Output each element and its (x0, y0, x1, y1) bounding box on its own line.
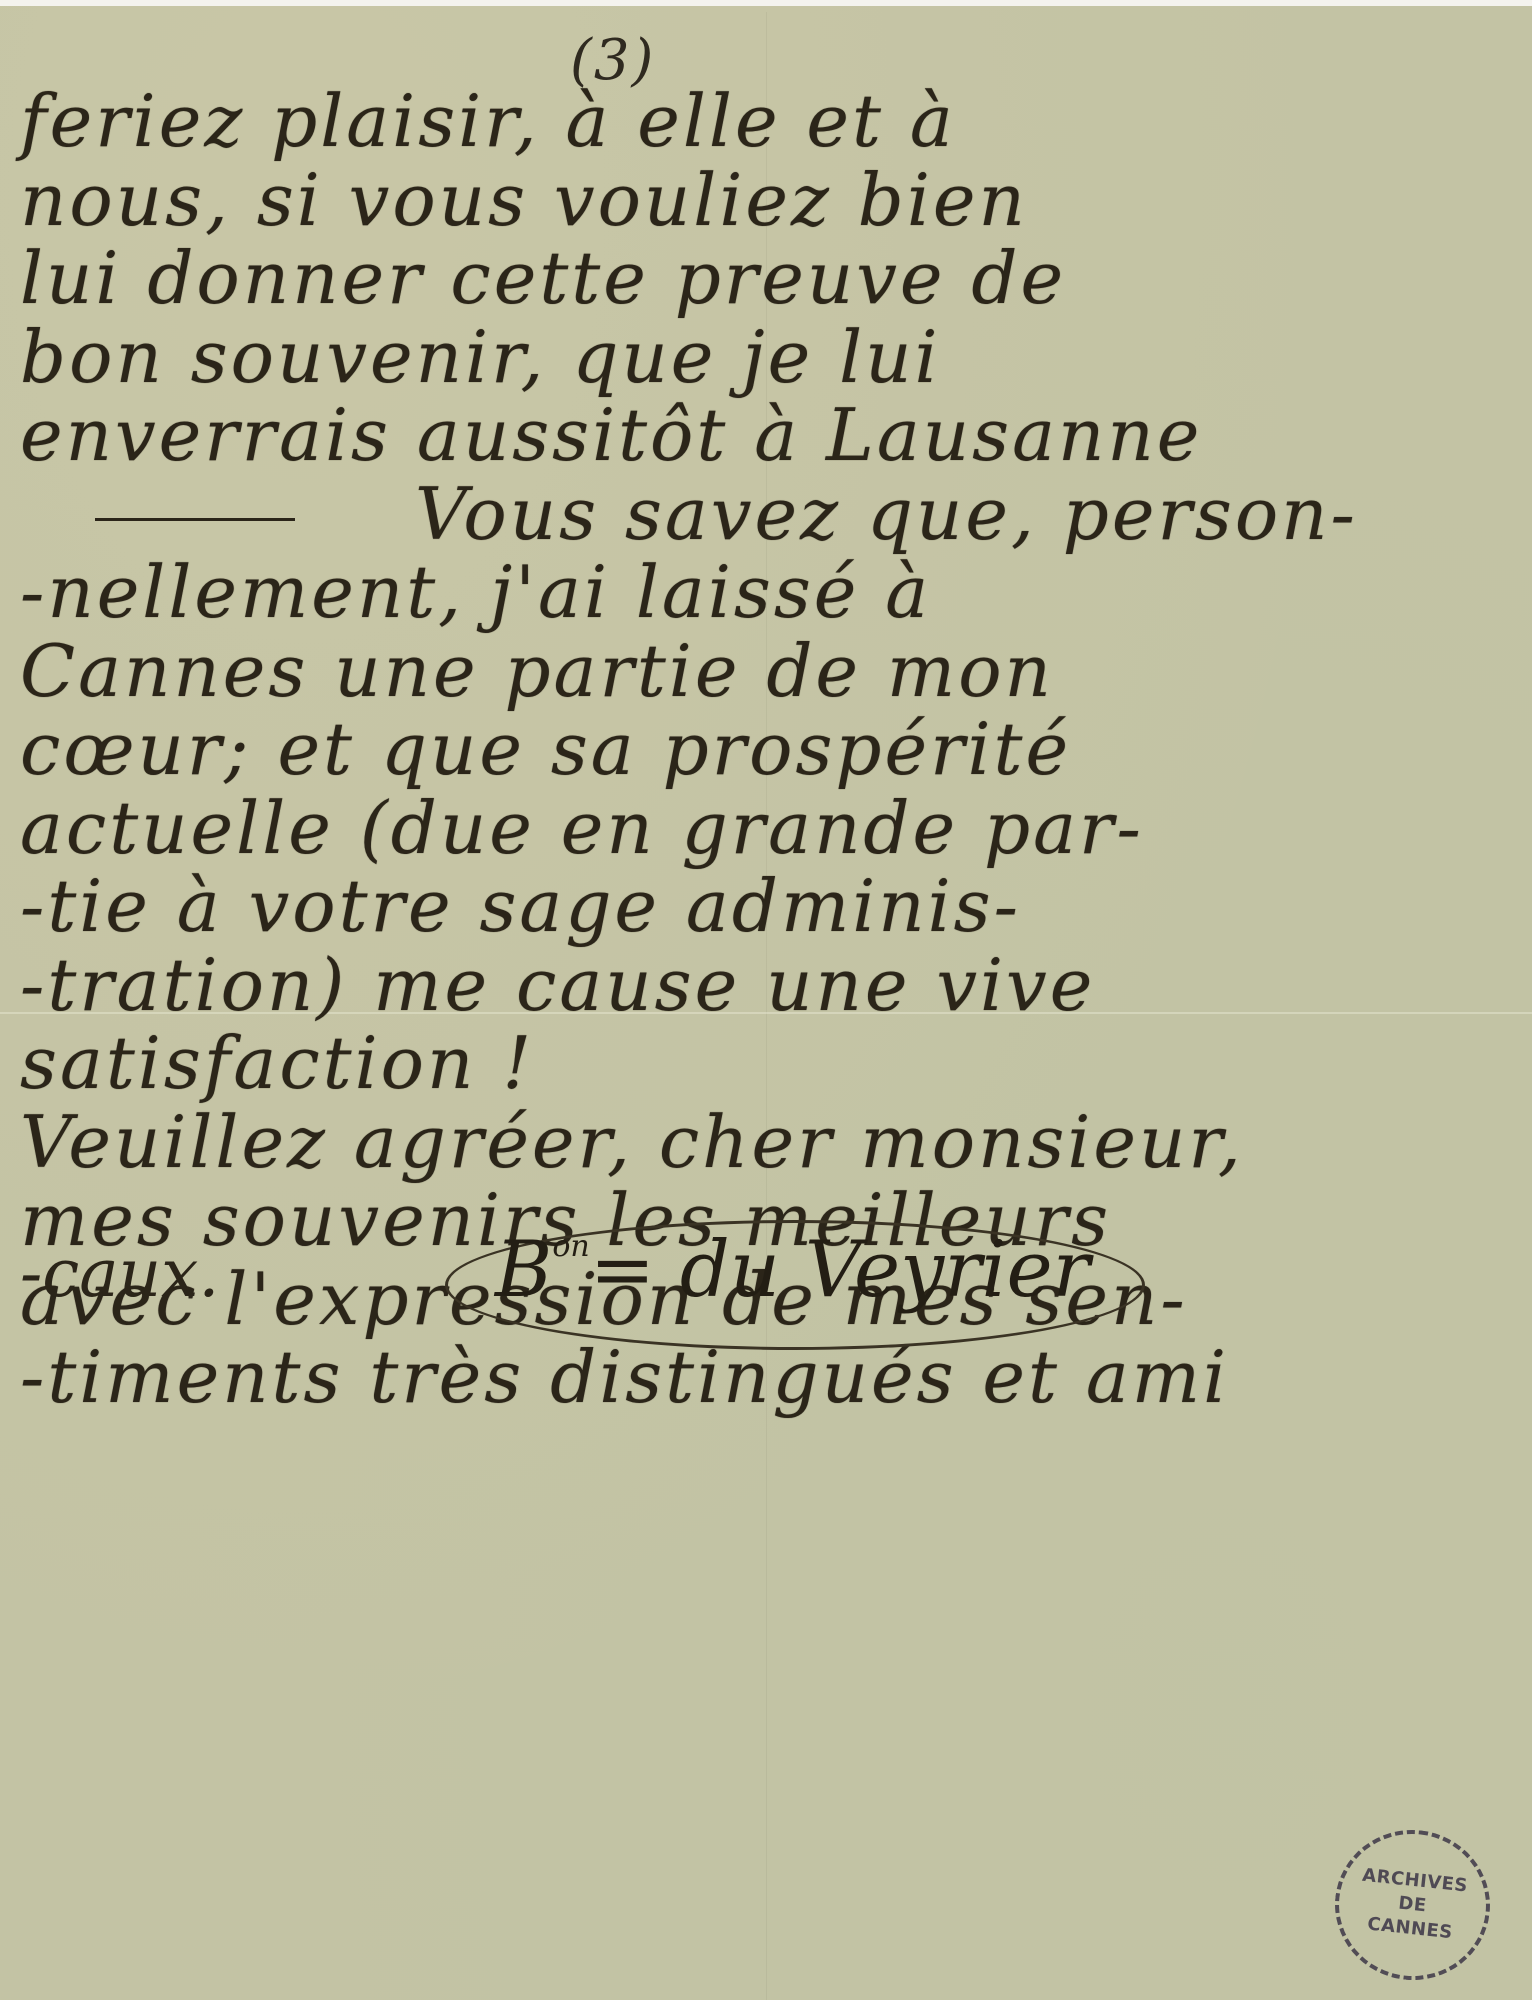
letter-line: satisfaction ! (20, 1024, 1520, 1103)
letter-line: -tie à votre sage adminis- (20, 867, 1520, 946)
letter-line: enverrais aussitôt à Lausanne (20, 396, 1520, 475)
letter-line: -nellement, j'ai laissé à (20, 553, 1520, 632)
letter-line: bon souvenir, que je lui (20, 318, 1520, 397)
stamp-line: CANNES (1366, 1912, 1454, 1945)
signature-text: Bon= du Veyrier (495, 1225, 1090, 1315)
letter-line-text: Vous savez que, person- (415, 472, 1358, 556)
letter-line: lui donner cette preuve de (20, 239, 1520, 318)
letter-line: -tration) me cause une vive (20, 946, 1520, 1025)
letter-line: Cannes une partie de mon (20, 632, 1520, 711)
signature-name: du Veyrier (680, 1225, 1090, 1315)
letter-line: cœur; et que sa prospérité (20, 710, 1520, 789)
letter-line: feriez plaisir, à elle et à (20, 82, 1520, 161)
signature-superscript: on (552, 1229, 589, 1264)
letter-line-paragraph: Vous savez que, person- (20, 475, 1520, 554)
letter-line: Veuillez agréer, cher monsieur, (20, 1103, 1520, 1182)
paragraph-dash (95, 518, 295, 521)
signature-prefix: B (495, 1225, 552, 1315)
letter-line: nous, si vous vouliez bien (20, 161, 1520, 240)
letter-line: actuelle (due en grande par- (20, 789, 1520, 868)
stamp-line: DE (1397, 1892, 1428, 1919)
closing-word: -caux. (20, 1235, 219, 1312)
signature-separator: = (590, 1225, 655, 1315)
signature: Bon= du Veyrier (445, 1210, 1165, 1360)
